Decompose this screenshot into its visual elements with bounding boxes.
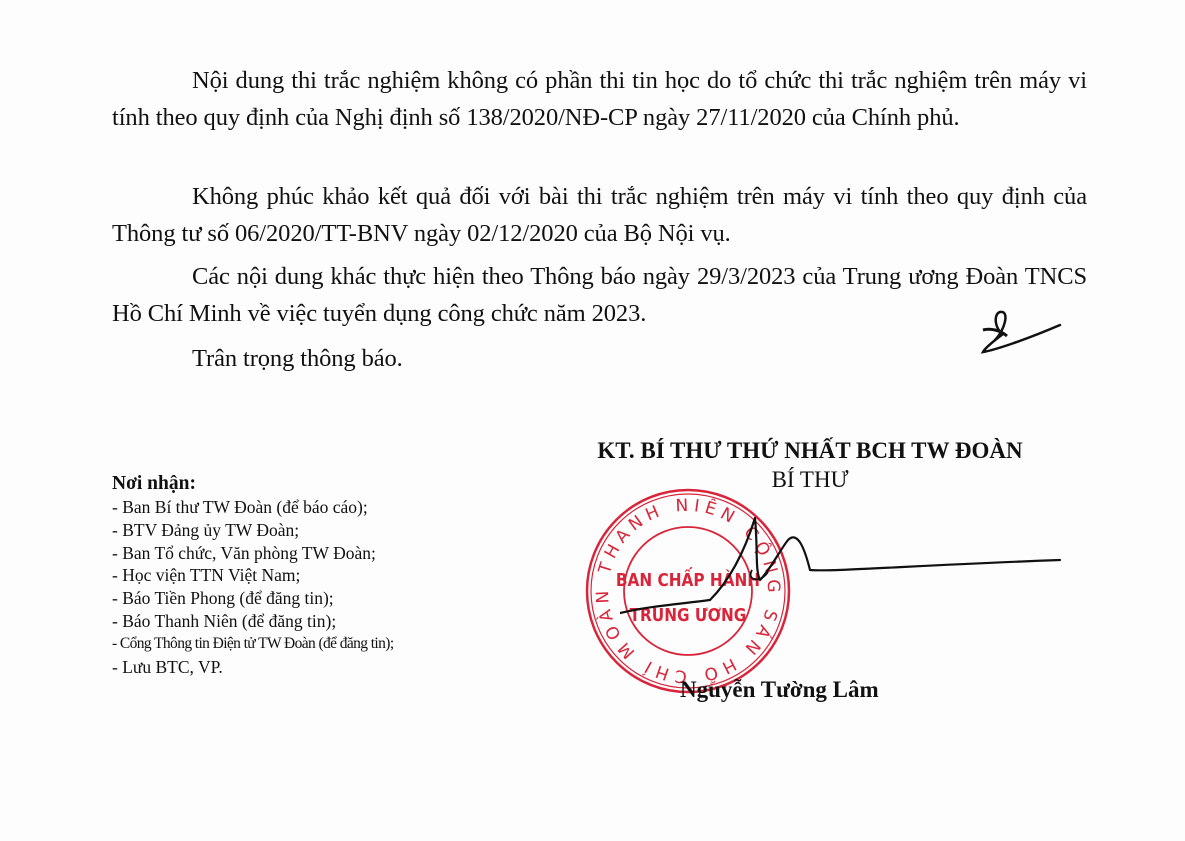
document-page: Nội dung thi trắc nghiệm không có phần t…: [0, 0, 1185, 841]
recipients-title: Nơi nhận:: [112, 473, 532, 495]
paragraph-closing: Trân trọng thông báo.: [112, 340, 1087, 377]
signer-name: Nguyễn Tường Lâm: [680, 676, 879, 704]
stamp-seal-icon: ĐOÀN THANH NIÊN CỘNG SẢN HỒ CHÍ MINH BAN…: [583, 486, 793, 696]
svg-text:BAN CHẤP HÀNH: BAN CHẤP HÀNH: [616, 568, 760, 591]
recipient-item: - Báo Thanh Niên (để đăng tin);: [112, 610, 532, 633]
recipient-item: - Học viện TTN Việt Nam;: [112, 564, 532, 587]
paragraph-no-review: Không phúc khảo kết quả đối với bài thi …: [112, 178, 1087, 252]
recipients-block: Nơi nhận: - Ban Bí thư TW Đoàn (để báo c…: [112, 473, 532, 678]
recipients-list: - Ban Bí thư TW Đoàn (để báo cáo); - BTV…: [112, 496, 532, 678]
recipient-item: - Ban Bí thư TW Đoàn (để báo cáo);: [112, 496, 532, 519]
recipient-item: - Cổng Thông tin Điện tử TW Đoàn (để đăn…: [112, 633, 532, 656]
signer-position-title: KT. BÍ THƯ THỨ NHẤT BCH TW ĐOÀN: [520, 436, 1100, 466]
recipient-item: - BTV Đảng ủy TW Đoàn;: [112, 519, 532, 542]
paragraph-exam-content: Nội dung thi trắc nghiệm không có phần t…: [112, 62, 1087, 136]
recipient-item: - Ban Tổ chức, Văn phòng TW Đoàn;: [112, 542, 532, 565]
paragraph-other-content: Các nội dung khác thực hiện theo Thông b…: [112, 258, 1087, 332]
svg-text:TRUNG ƯƠNG: TRUNG ƯƠNG: [630, 604, 747, 626]
official-stamp: ĐOÀN THANH NIÊN CỘNG SẢN HỒ CHÍ MINH BAN…: [583, 486, 793, 696]
recipient-item: - Báo Tiền Phong (để đăng tin);: [112, 587, 532, 610]
svg-text:ĐOÀN THANH NIÊN CỘNG SẢN HỒ CH: ĐOÀN THANH NIÊN CỘNG SẢN HỒ CHÍ MINH: [583, 486, 793, 696]
recipient-item: - Lưu BTC, VP.: [112, 656, 532, 679]
